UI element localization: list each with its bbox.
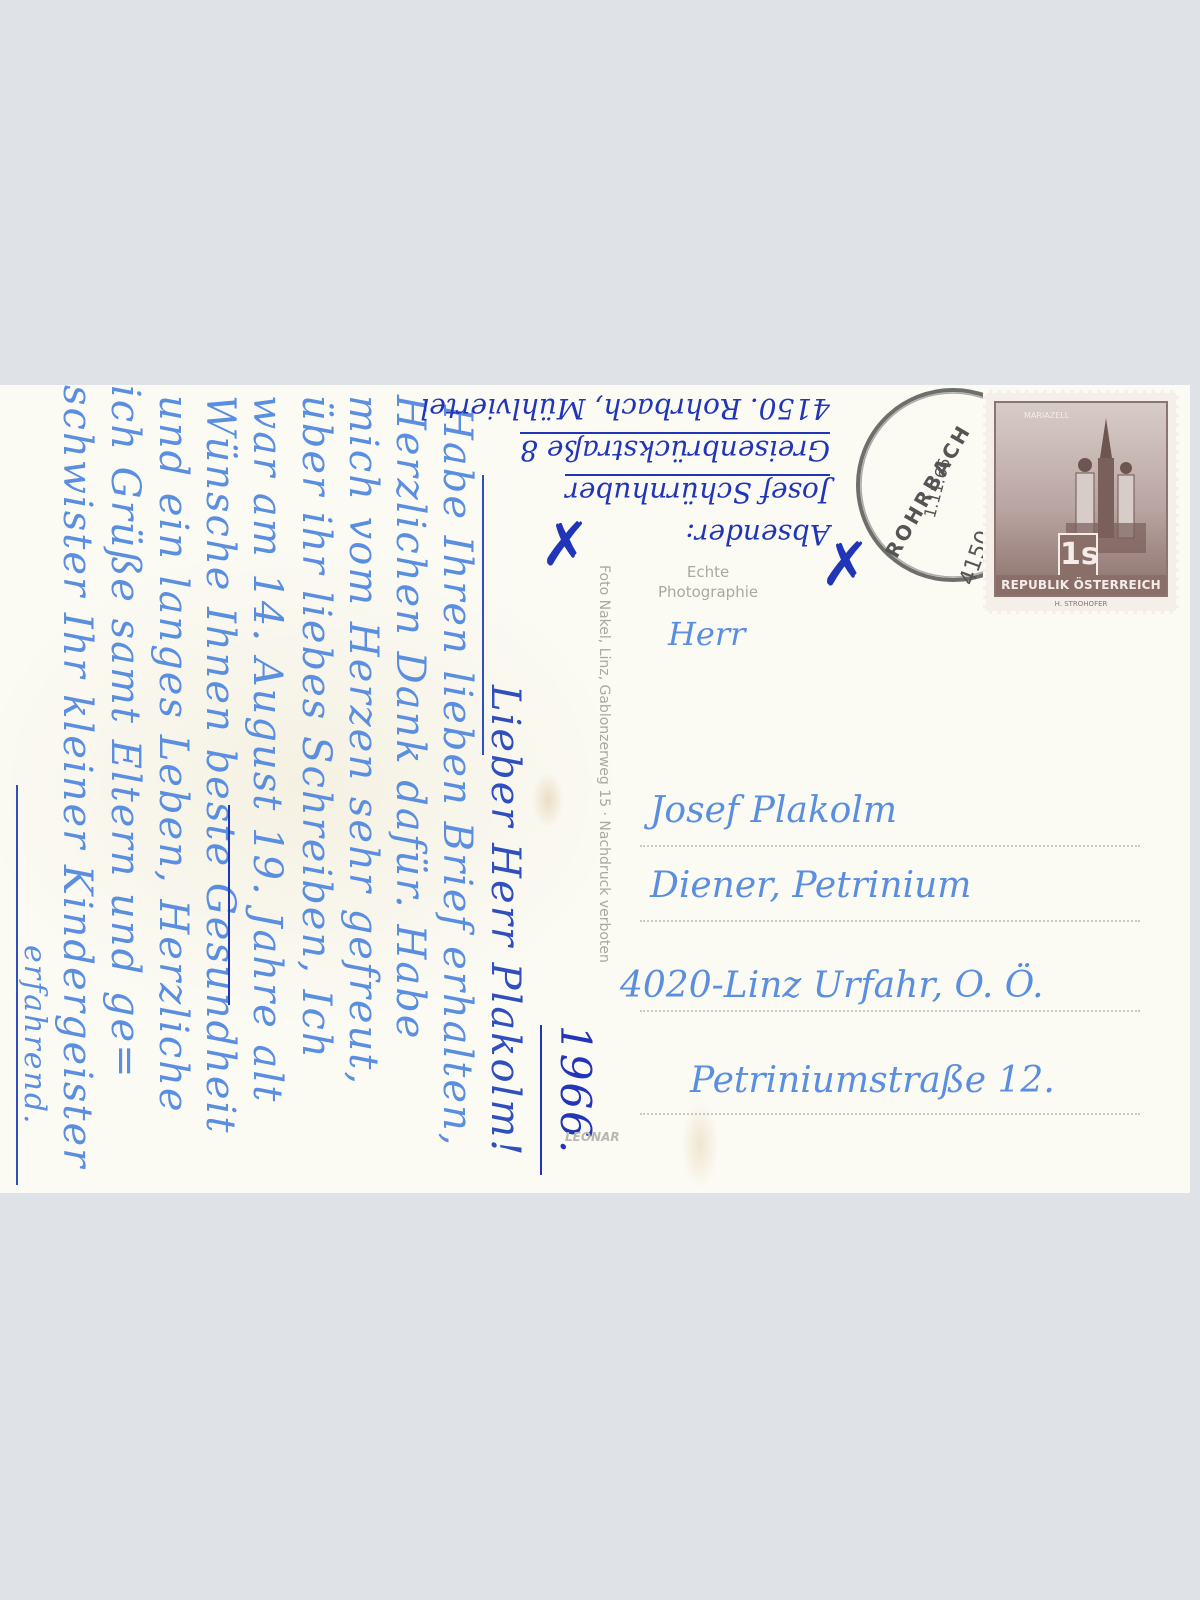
message-line: ich Grüße samt Eltern und ge= [102,385,148,1080]
message-line: und ein langes Leben, Herzliche [150,395,196,1114]
message-line: über ihr liebes Schreiben, Ich [293,395,339,1060]
greeting-underline [482,475,484,755]
address-rule [640,1010,1140,1012]
stamp-image: MARIAZELL 1s REPUBLIK ÖSTERREICH H. STRO… [994,401,1168,597]
message-line: erfahrend. [17,945,52,1126]
message-line: Herzlichen Dank dafür. Habe [387,395,433,1040]
photo-label-line2: Photographie [658,582,758,602]
margin-line [16,785,18,1185]
sender-note-line: Josef Schürnhuber [565,474,830,509]
address-rule [640,845,1140,847]
postcard-back: Lieber Herr Plakolm! Habe Ihren lieben B… [0,385,1190,1193]
postage-stamp: MARIAZELL 1s REPUBLIK ÖSTERREICH H. STRO… [983,390,1179,614]
photo-label-line1: Echte [658,562,758,582]
year-underline [540,1025,542,1175]
sender-note-line: 4150. Rohrbach, Mühlviertel [420,392,830,425]
address-line4: Petriniumstraße 12. [690,1060,1055,1101]
cross-mark: ✗ [540,510,590,580]
address-name: Josef Plakolm [650,790,897,831]
sender-note-line: Greisenbrückstraße 8 [520,432,830,467]
stamp-country: REPUBLIK ÖSTERREICH [996,575,1166,595]
publisher-imprint: Foto Nakel, Linz, Gablonzerweg 15 · Nach… [596,565,612,963]
brand-mark: LEONAR [565,1130,620,1144]
message-line: schwister Ihr kleiner Kindergeister [54,385,100,1169]
message-line: war am 14. August 19. Jahre alt [244,395,290,1103]
date-underline [228,805,230,1005]
message-line: Wünsche Ihnen beste Gesundheit [197,395,243,1134]
message-line: mich vom Herzen sehr gefreut, [340,395,386,1086]
address-salutation: Herr [668,615,745,653]
photo-label: Echte Photographie [658,562,758,602]
stamp-place: MARIAZELL [1024,411,1069,420]
sender-note-label: Absender: [686,518,830,551]
stamp-value: 1s [1058,533,1098,577]
address-rule [640,920,1140,922]
address-rule [640,1113,1140,1115]
message-greeting: Lieber Herr Plakolm! [482,685,528,1157]
address-line2: Diener, Petrinium [650,865,971,906]
stamp-artist: H. STROHOFER [996,600,1166,608]
address-line3: 4020-Linz Urfahr, O. Ö. [620,965,1044,1006]
message-line: Habe Ihren lieben Brief erhalten, [434,405,480,1147]
